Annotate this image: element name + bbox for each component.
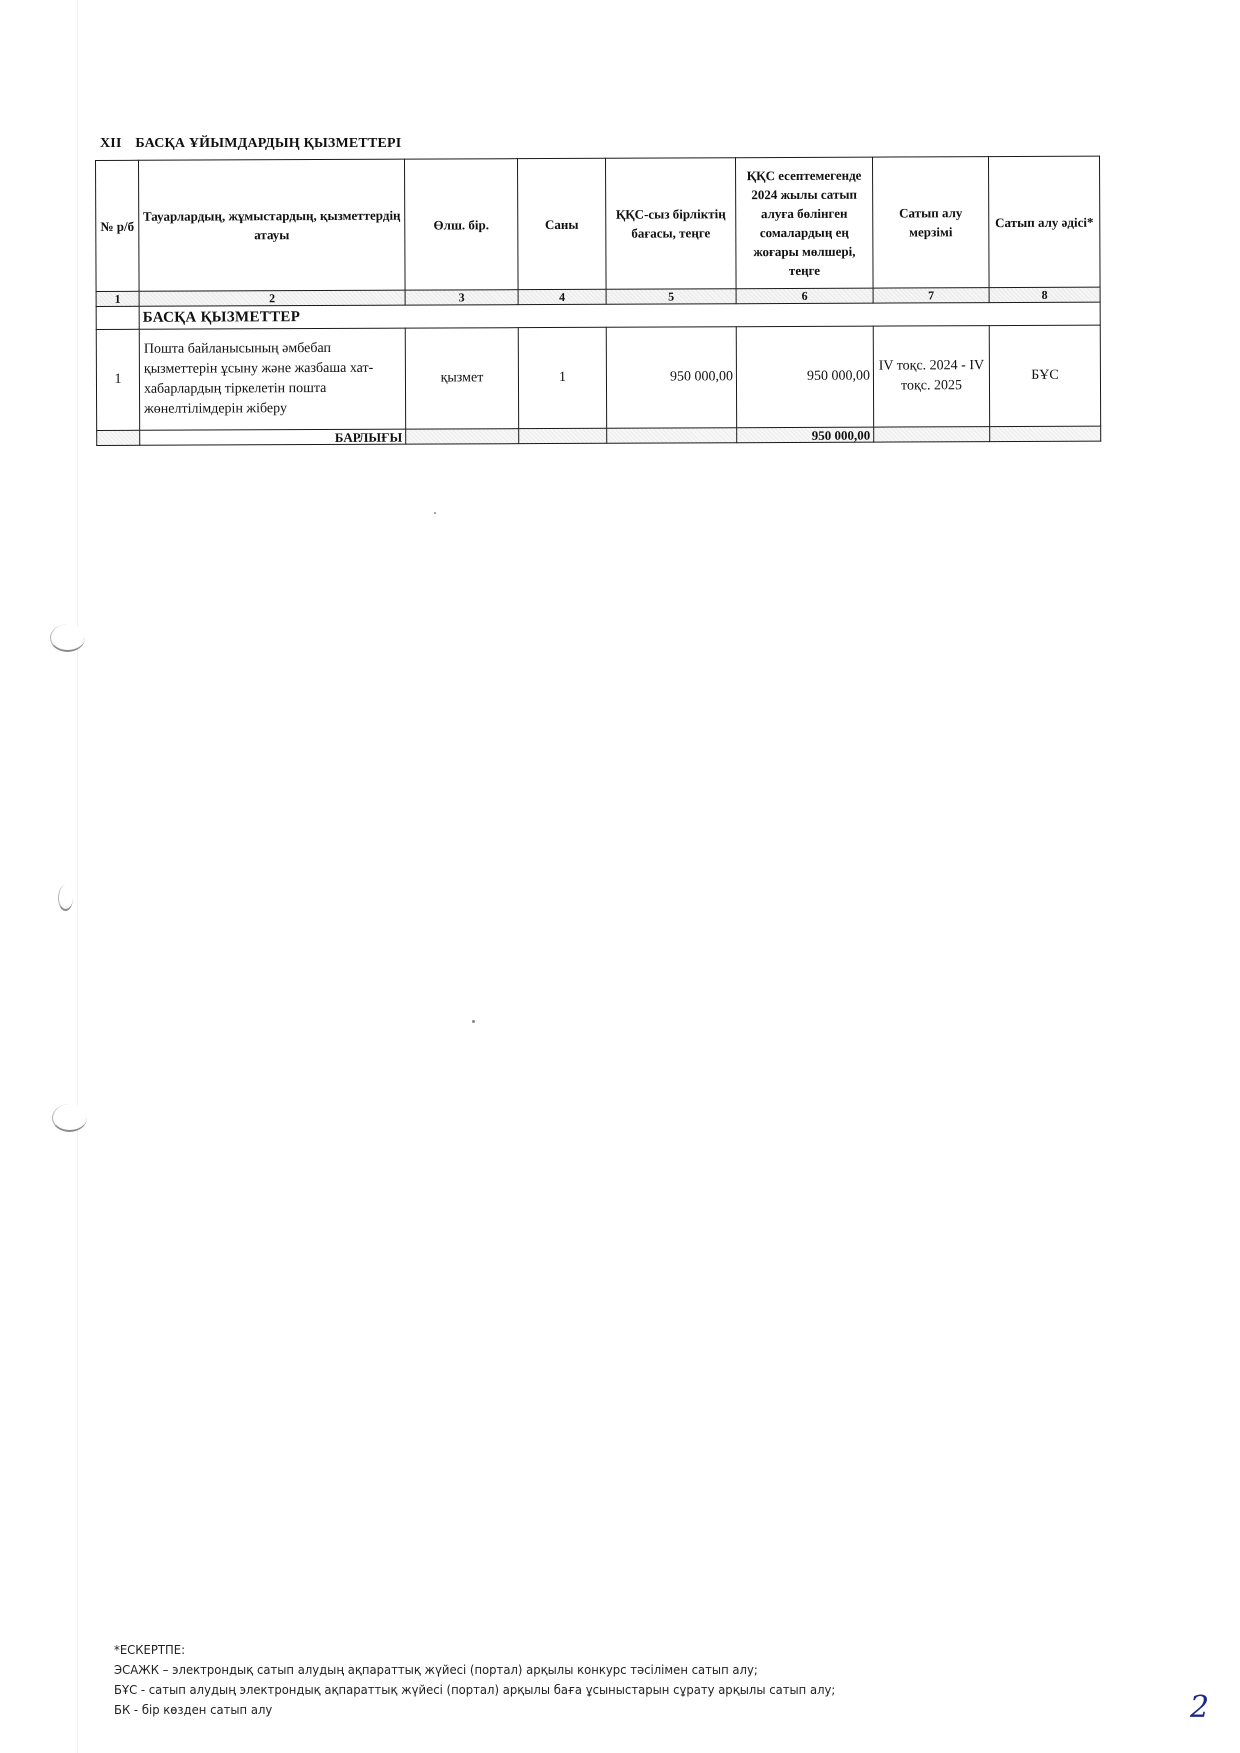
column-number: 4 — [518, 289, 606, 304]
scan-speck — [472, 1020, 475, 1023]
total-amount: 950 000,00 — [737, 427, 874, 443]
column-number: 3 — [405, 290, 518, 305]
total-empty-cell — [874, 427, 990, 443]
punch-hole — [50, 624, 85, 652]
total-empty-cell — [406, 429, 519, 444]
punch-hole — [58, 885, 73, 911]
section-number: XII — [100, 136, 122, 151]
section-title: XII БАСҚА ҰЙЫМДАРДЫҢ ҚЫЗМЕТТЕРІ — [100, 136, 401, 152]
footnote-title: *ЕСКЕРТПЕ: — [114, 1640, 835, 1660]
column-number: 5 — [606, 289, 736, 305]
total-empty-cell — [97, 430, 140, 445]
footnote-line: БҰС - сатып алудың электрондық ақпаратты… — [114, 1680, 835, 1700]
row-unit-price: 950 000,00 — [606, 327, 736, 429]
punch-hole — [52, 1104, 87, 1132]
row-unit: қызмет — [405, 328, 518, 429]
column-number: 7 — [873, 288, 989, 304]
column-number: 6 — [736, 288, 873, 304]
total-row: БАРЛЫҒЫ 950 000,00 — [97, 426, 1101, 445]
row-number: 1 — [96, 329, 139, 430]
handwritten-page-number: 2 — [1190, 1690, 1209, 1725]
header-method: Сатып алу әдісі* — [988, 156, 1100, 287]
procurement-table: № р/б Тауарлардың, жұмыстардың, қызметте… — [95, 156, 1101, 446]
row-quantity: 1 — [518, 327, 606, 428]
header-unit-price: ҚҚС-сыз бірліктің бағасы, теңге — [605, 158, 736, 290]
total-empty-cell — [519, 428, 607, 443]
header-number: № р/б — [96, 160, 140, 291]
scan-speck — [434, 512, 436, 514]
header-name: Тауарлардың, жұмыстардың, қызметтердің а… — [139, 159, 406, 291]
footnote: *ЕСКЕРТПЕ: ЭСАЖК – электрондық сатып алу… — [114, 1640, 835, 1720]
table-row: 1 Пошта байланысының әмбебап қызметтерін… — [96, 325, 1100, 430]
header-quantity: Саны — [517, 158, 606, 289]
row-max-amount: 950 000,00 — [736, 326, 873, 428]
total-empty-cell — [990, 426, 1101, 441]
footnote-line: ЭСАЖК – электрондық сатып алудың ақпарат… — [114, 1660, 835, 1680]
column-number: 2 — [139, 290, 405, 306]
scan-page-edge — [77, 0, 78, 1753]
row-method: БҰС — [989, 325, 1100, 426]
column-number: 8 — [989, 287, 1100, 302]
total-empty-cell — [607, 428, 737, 444]
total-label: БАРЛЫҒЫ — [140, 429, 406, 445]
group-number-cell — [96, 306, 139, 329]
section-title-text: БАСҚА ҰЙЫМДАРДЫҢ ҚЫЗМЕТТЕРІ — [135, 136, 401, 151]
column-number: 1 — [96, 291, 139, 306]
footnote-line: БК - бір көзден сатып алу — [114, 1700, 835, 1720]
row-name: Пошта байланысының әмбебап қызметтерін ұ… — [139, 328, 405, 430]
row-period: IV тоқс. 2024 - IV тоқс. 2025 — [873, 326, 989, 428]
header-row: № р/б Тауарлардың, жұмыстардың, қызметте… — [96, 156, 1101, 291]
header-unit: Өлш. бір. — [404, 159, 518, 290]
header-period: Сатып алу мерзімі — [872, 157, 989, 289]
header-max-amount: ҚҚС есептемегенде 2024 жылы сатып алуға … — [735, 157, 873, 289]
